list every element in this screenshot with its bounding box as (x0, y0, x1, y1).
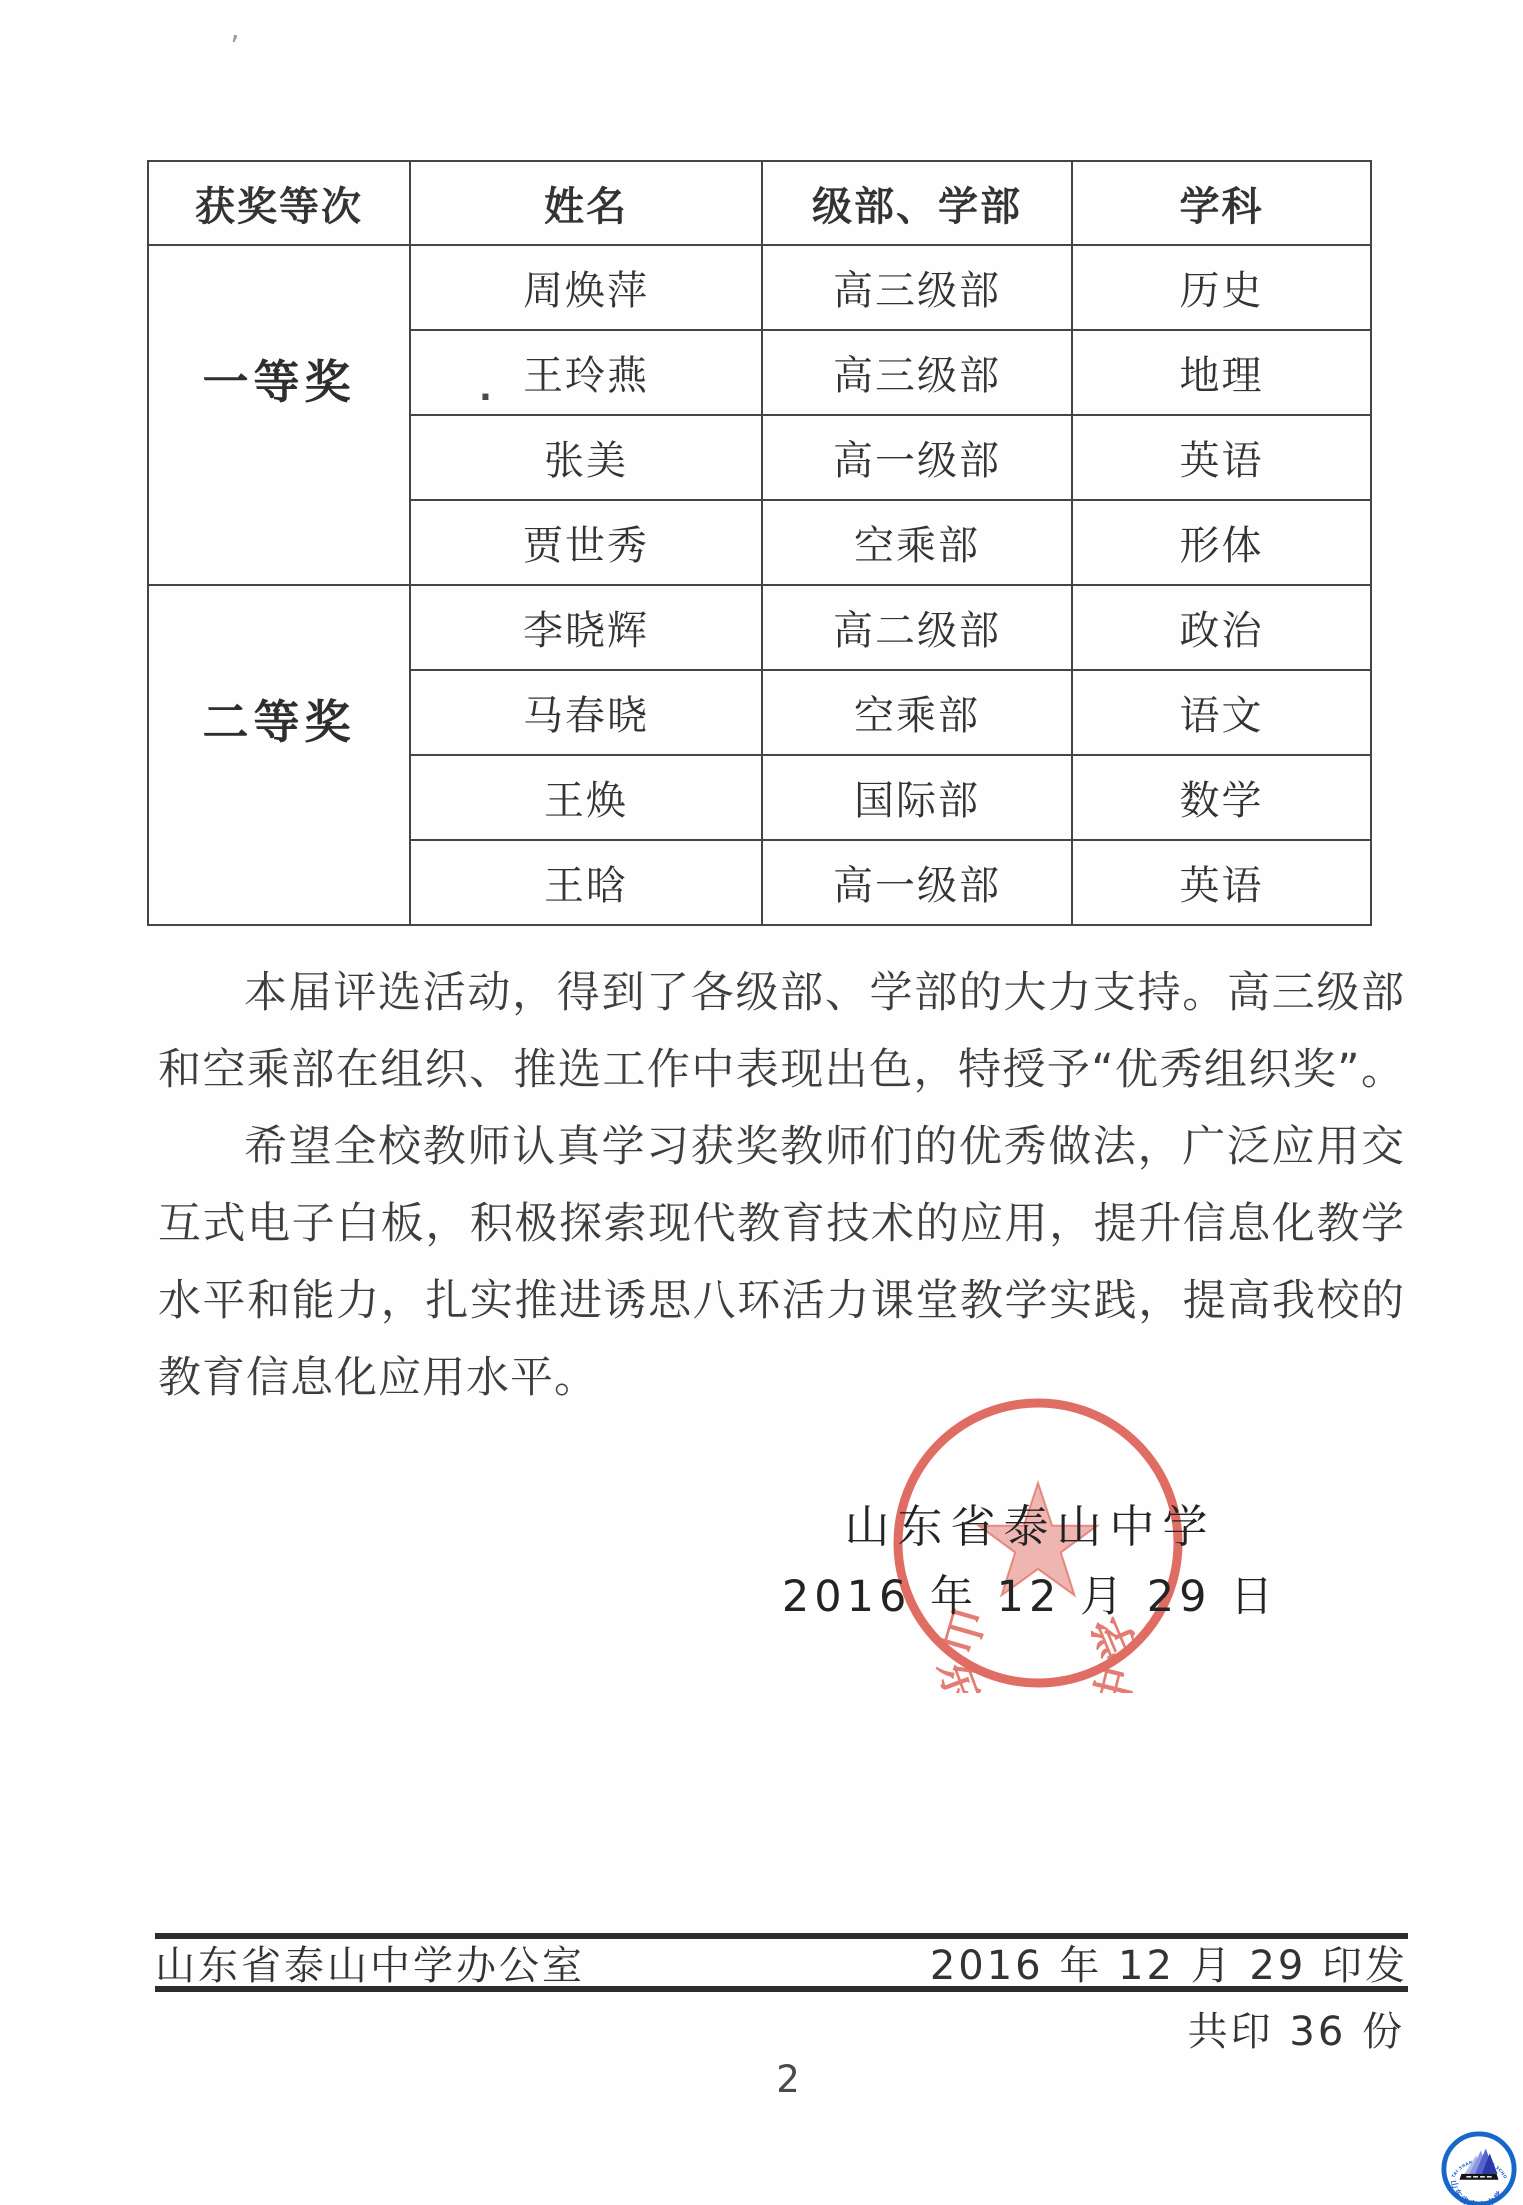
cell-name: 贾世秀 (410, 500, 762, 585)
footer-line: 山东省泰山中学办公室 2016 年 12 月 29 印发 (155, 1939, 1408, 1986)
cell-subject: 英语 (1072, 415, 1371, 500)
paragraph-line: 水平和能力，扎实推进诱思八环活力课堂教学实践，提高我校的 (158, 1263, 1405, 1340)
paragraph-line: 希望全校教师认真学习获奖教师们的优秀做法，广泛应用交 (158, 1109, 1405, 1186)
cell-department: 高三级部 (762, 245, 1072, 330)
award-level-second-prize: 二等奖 (148, 585, 410, 925)
paragraph-line: 和空乘部在组织、推选工作中表现出色，特授予“优秀组织奖”。 (158, 1032, 1405, 1109)
document-page: ’ 获奖等次 姓名 级部、学部 学科 一等奖 周焕萍 高三级部 历史 . 王玲燕… (0, 0, 1523, 2205)
cell-department: 空乘部 (762, 500, 1072, 585)
scan-dot: . (479, 369, 494, 409)
cell-subject: 历史 (1072, 245, 1371, 330)
cell-subject: 数学 (1072, 755, 1371, 840)
cell-subject: 语文 (1072, 670, 1371, 755)
cell-department: 高一级部 (762, 840, 1072, 925)
table-row: 二等奖 李晓辉 高二级部 政治 (148, 585, 1371, 670)
cell-subject: 英语 (1072, 840, 1371, 925)
paragraph-line: 教育信息化应用水平。 (158, 1340, 1405, 1417)
header-department: 级部、学部 (762, 161, 1072, 245)
cell-subject: 政治 (1072, 585, 1371, 670)
page-number: 2 (758, 2058, 818, 2101)
cell-department: 高三级部 (762, 330, 1072, 415)
signature-date: 2016 年 12 月 29 日 (780, 1568, 1280, 1626)
footer-rule-bottom (155, 1986, 1408, 1992)
cell-name: . 王玲燕 (410, 330, 762, 415)
body-text: 本届评选活动，得到了各级部、学部的大力支持。高三级部 和空乘部在组织、推选工作中… (158, 955, 1405, 1417)
cell-name: 李晓辉 (410, 585, 762, 670)
table-row: 一等奖 周焕萍 高三级部 历史 (148, 245, 1371, 330)
award-level-first-prize: 一等奖 (148, 245, 410, 585)
paragraph-line: 互式电子白板，积极探索现代教育技术的应用，提升信息化教学 (158, 1186, 1405, 1263)
school-badge-logo: 山东省泰山中学 TAI SHAN MIDDLE SCHOOL SHANDONG (1440, 2130, 1518, 2205)
header-subject: 学科 (1072, 161, 1371, 245)
cell-name: 周焕萍 (410, 245, 762, 330)
footer-copies-count: 共印 36 份 (1188, 2000, 1405, 2057)
signature-organization: 山东省泰山中学 (780, 1498, 1280, 1556)
cell-department: 国际部 (762, 755, 1072, 840)
cell-department: 高一级部 (762, 415, 1072, 500)
cell-department: 空乘部 (762, 670, 1072, 755)
cell-name: 王晗 (410, 840, 762, 925)
scan-speck: ’ (230, 30, 240, 65)
cell-subject: 形体 (1072, 500, 1371, 585)
paragraph-line: 本届评选活动，得到了各级部、学部的大力支持。高三级部 (158, 955, 1405, 1032)
signature-block: 山东省泰山中学 2016 年 12 月 29 日 (780, 1498, 1280, 1626)
header-award-level: 获奖等次 (148, 161, 410, 245)
footer-office: 山东省泰山中学办公室 (155, 1934, 585, 1991)
footer-issue-date: 2016 年 12 月 29 印发 (930, 1934, 1408, 1991)
cell-name-text: 王玲燕 (523, 353, 649, 399)
cell-name: 张美 (410, 415, 762, 500)
table-header-row: 获奖等次 姓名 级部、学部 学科 (148, 161, 1371, 245)
cell-name: 马春晓 (410, 670, 762, 755)
cell-department: 高二级部 (762, 585, 1072, 670)
award-table: 获奖等次 姓名 级部、学部 学科 一等奖 周焕萍 高三级部 历史 . 王玲燕 高… (147, 160, 1372, 926)
header-name: 姓名 (410, 161, 762, 245)
cell-name: 王焕 (410, 755, 762, 840)
cell-subject: 地理 (1072, 330, 1371, 415)
